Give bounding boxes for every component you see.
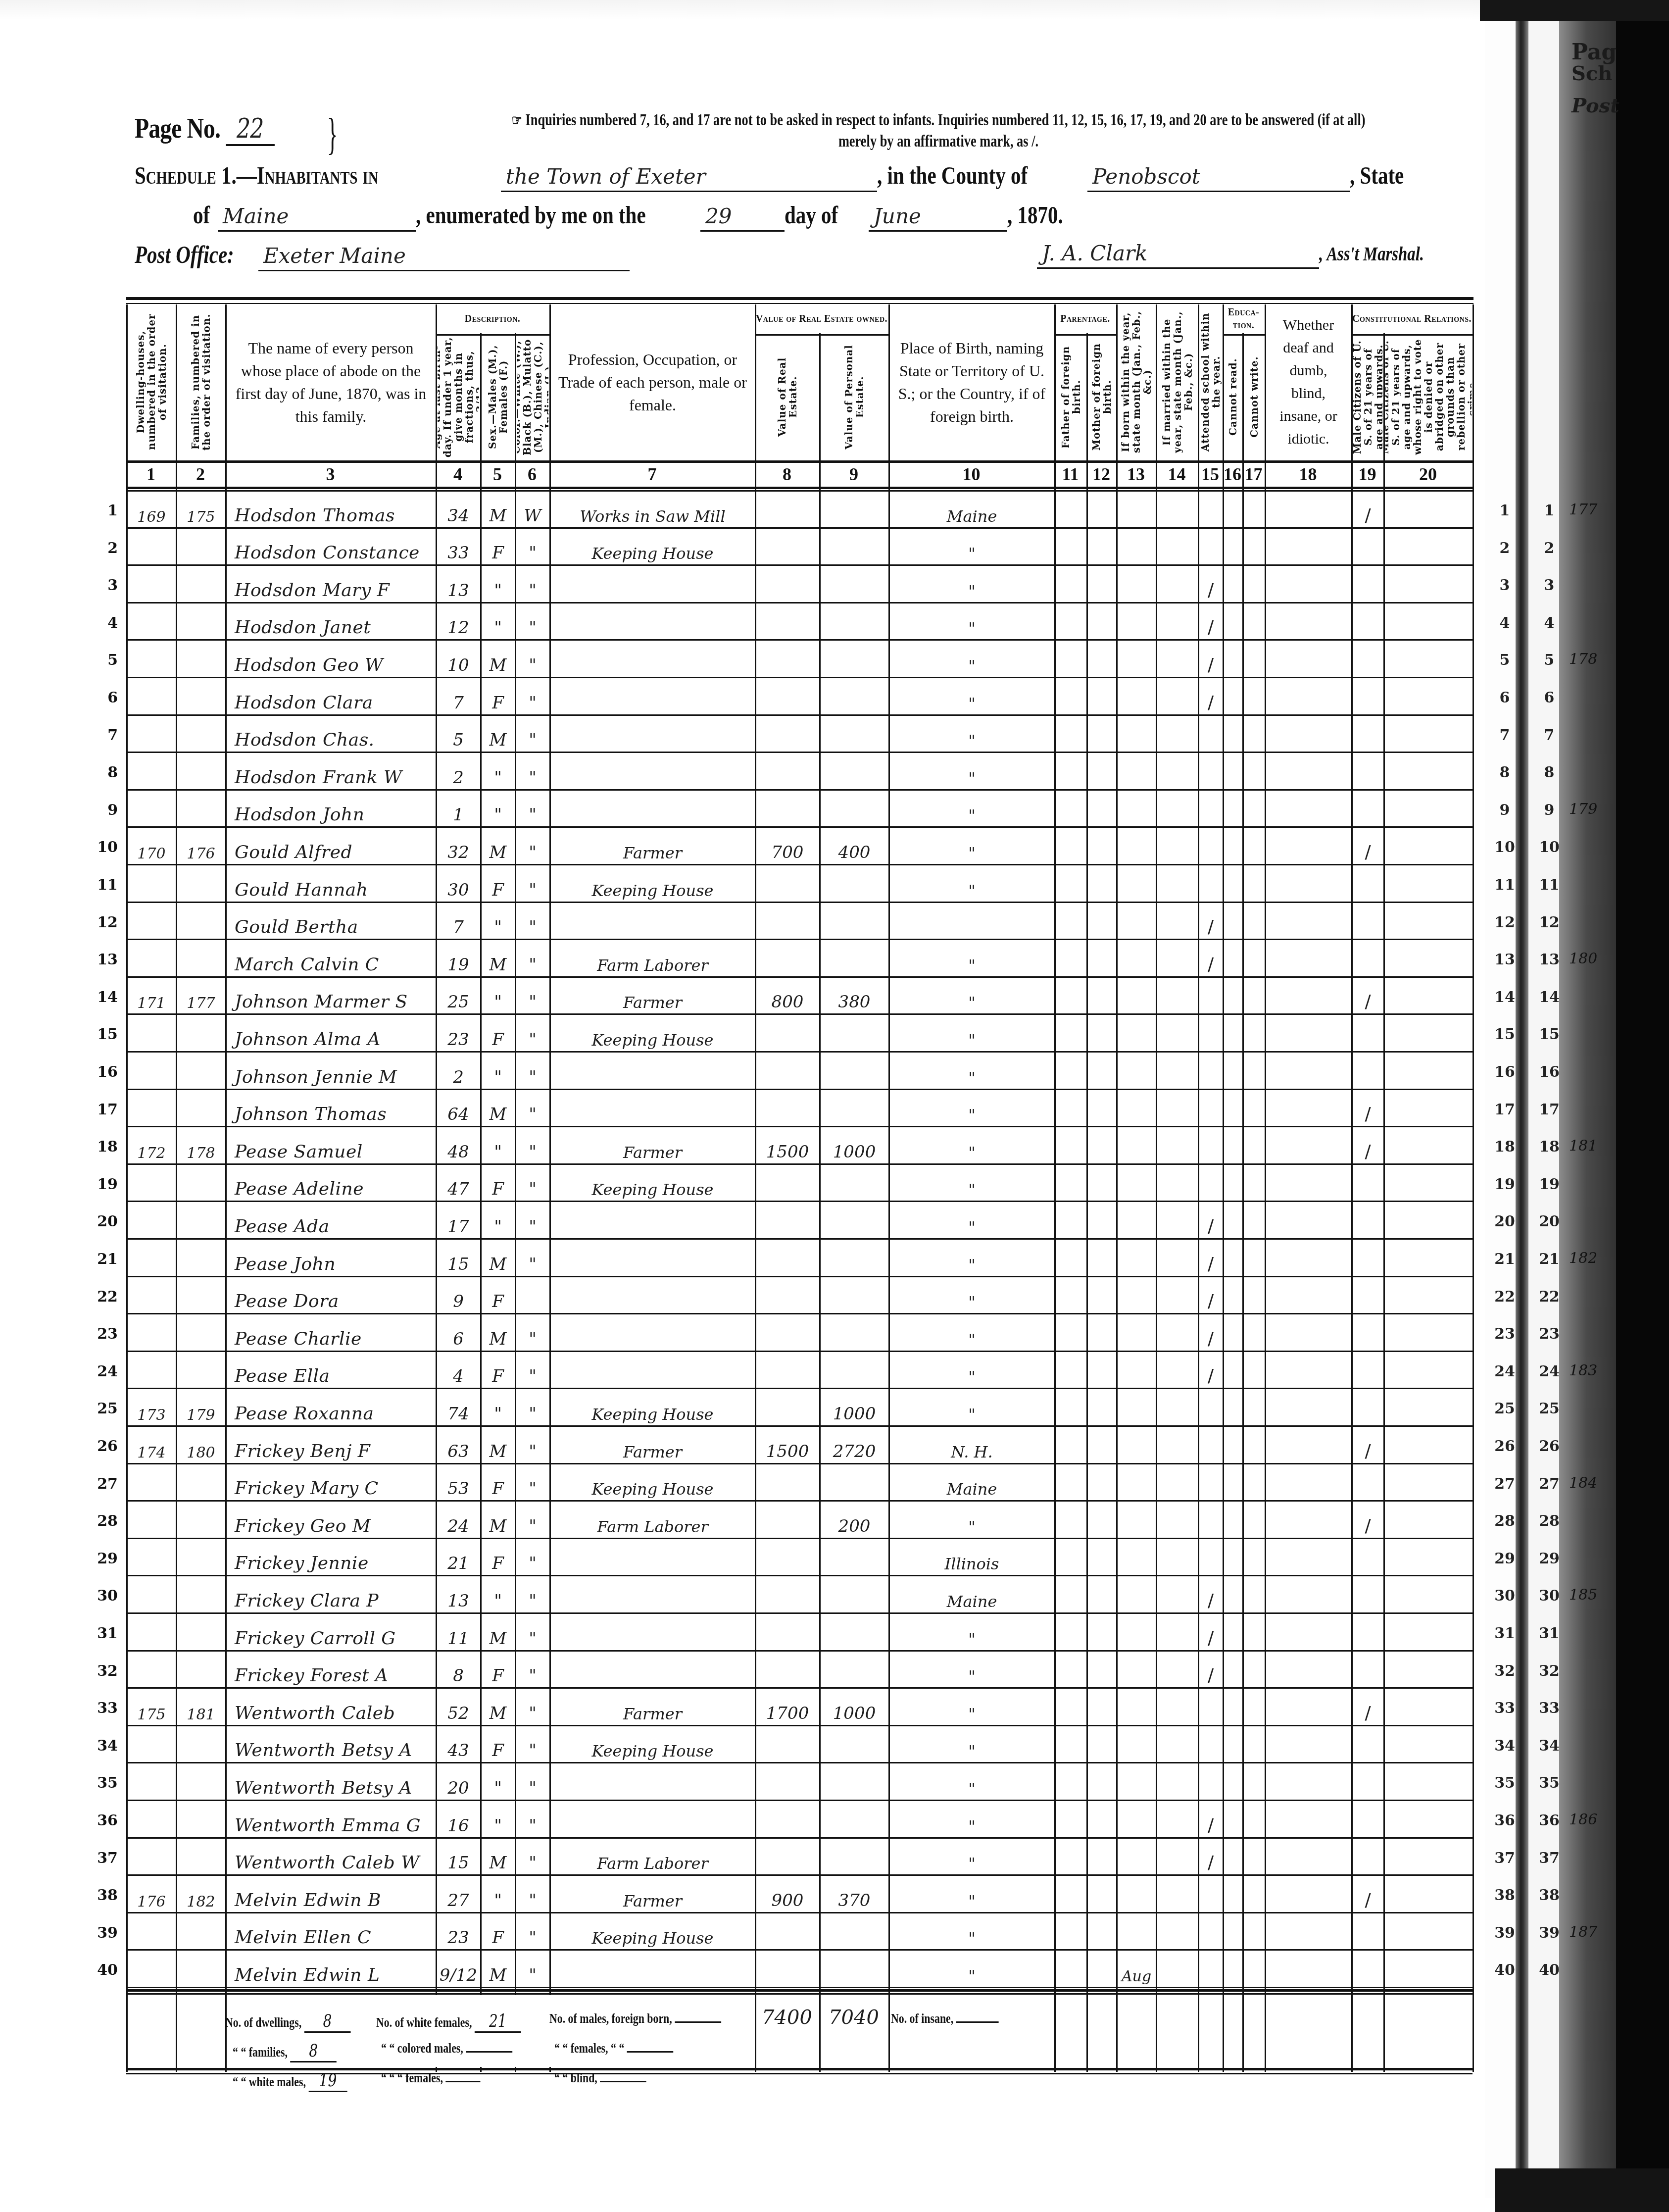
column-number-2: 2: [176, 460, 225, 488]
adjacent-dwelling-mark: 180: [1569, 950, 1597, 967]
personal-estate-value: [821, 1839, 888, 1876]
footer-dwellings-value: 8: [304, 2011, 351, 2033]
age: 7: [437, 903, 480, 941]
color: ": [516, 678, 549, 716]
occupation: [551, 903, 754, 941]
numbers-rule: [126, 487, 1473, 489]
color: ": [516, 1015, 549, 1053]
color: ": [516, 1053, 549, 1090]
color: ": [516, 903, 549, 941]
adjacent-line-number: 30: [1534, 1587, 1564, 1605]
table-row: Wentworth Betsy A20""": [126, 1763, 1473, 1801]
adjacent-line-number: 4: [1534, 614, 1564, 632]
family-number: [177, 1165, 225, 1203]
attended-school-mark: /: [1199, 1576, 1222, 1614]
family-number: [177, 1277, 225, 1315]
citizen-mark: [1353, 1202, 1383, 1240]
attended-school-mark: [1199, 978, 1222, 1015]
adjacent-line-number: 33: [1534, 1700, 1564, 1717]
dwelling-number: [128, 641, 175, 678]
footer-blind-value: [600, 2081, 646, 2082]
person-name: Pease Ada: [227, 1202, 435, 1240]
color: W: [516, 491, 549, 529]
group-rule: [755, 334, 888, 336]
dwelling-number: [128, 1240, 175, 1277]
line-number: 8: [83, 764, 118, 781]
birthplace: ": [890, 1202, 1054, 1240]
attended-school-mark: /: [1199, 1314, 1222, 1352]
adjacent-line-number: 39: [1534, 1924, 1564, 1942]
born-within-year: [1118, 678, 1155, 716]
attended-school-mark: [1199, 1951, 1222, 1988]
occupation: [551, 603, 754, 641]
column-header-19: Male Citizens of U. S. of 21 years of ag…: [1353, 337, 1382, 457]
age: 64: [437, 1090, 480, 1128]
dwelling-number: [128, 865, 175, 903]
adjacent-dwelling-mark: 184: [1569, 1474, 1597, 1492]
strip-line-number: 28: [1490, 1512, 1520, 1530]
adjacent-line-number: 21: [1534, 1251, 1564, 1268]
age: 48: [437, 1127, 480, 1165]
citizen-mark: [1353, 1763, 1383, 1801]
table-row: 170176Gould Alfred32M"Farmer700400"/: [126, 828, 1473, 865]
born-within-year: [1118, 1576, 1155, 1614]
strip-line-number: 37: [1490, 1850, 1520, 1867]
dwelling-number: 173: [128, 1389, 175, 1427]
birthplace: ": [890, 1502, 1054, 1539]
age: 32: [437, 828, 480, 865]
dwelling-number: [128, 1801, 175, 1839]
occupation: Farmer: [551, 978, 754, 1015]
personal-estate-value: 1000: [821, 1689, 888, 1726]
born-within-year: [1118, 1614, 1155, 1652]
footer-families-value: 8: [290, 2041, 337, 2062]
strip-line-number: 22: [1490, 1288, 1520, 1306]
sex: F: [482, 1165, 514, 1203]
born-within-year: [1118, 865, 1155, 903]
sex: M: [482, 1951, 514, 1988]
strip-line-number: 39: [1490, 1924, 1520, 1942]
person-name: Wentworth Caleb: [227, 1689, 435, 1726]
column-header-10: Place of Birth, naming State or Territor…: [890, 306, 1053, 457]
color: ": [516, 1090, 549, 1128]
occupation: Works in Saw Mill: [551, 491, 754, 529]
strip-line-number: 9: [1490, 802, 1520, 819]
adjacent-line-number: 40: [1534, 1961, 1564, 1979]
real-estate-value: [756, 491, 819, 529]
age: 52: [437, 1689, 480, 1726]
sex: M: [482, 1839, 514, 1876]
birthplace: Maine: [890, 1576, 1054, 1614]
line-number: 17: [83, 1101, 118, 1118]
sex: M: [482, 491, 514, 529]
real-estate-value: [756, 1614, 819, 1652]
age: 6: [437, 1314, 480, 1352]
color: ": [516, 978, 549, 1015]
column-number-6: 6: [515, 460, 549, 488]
sex: F: [482, 529, 514, 566]
person-name: Gould Hannah: [227, 865, 435, 903]
color: ": [516, 603, 549, 641]
footer-white-females-value: 21: [475, 2011, 521, 2033]
birthplace: ": [890, 1801, 1054, 1839]
family-number: 181: [177, 1689, 225, 1726]
birthplace: ": [890, 753, 1054, 791]
dwelling-number: [128, 1539, 175, 1577]
line-number: 37: [83, 1850, 118, 1867]
town-field: the Town of Exeter: [501, 163, 877, 192]
age: 2: [437, 1053, 480, 1090]
personal-estate-value: [821, 491, 888, 529]
adjacent-page-shadow: [1616, 0, 1669, 2212]
table-row: Melvin Ellen C23F"Keeping House": [126, 1913, 1473, 1951]
attended-school-mark: [1199, 491, 1222, 529]
adjacent-line-number: 17: [1534, 1101, 1564, 1118]
personal-estate-value: [821, 1090, 888, 1128]
born-within-year: [1118, 1913, 1155, 1951]
sex: ": [482, 1763, 514, 1801]
real-estate-value: 700: [756, 828, 819, 865]
occupation: Keeping House: [551, 865, 754, 903]
column-number-11: 11: [1054, 460, 1086, 488]
dwelling-number: [128, 603, 175, 641]
born-within-year: [1118, 1689, 1155, 1726]
personal-estate-value: [821, 1726, 888, 1764]
age: 13: [437, 566, 480, 603]
adjacent-line-number: 29: [1534, 1550, 1564, 1567]
born-within-year: [1118, 978, 1155, 1015]
age: 15: [437, 1240, 480, 1277]
adjacent-page-label: Pag: [1571, 40, 1617, 65]
family-number: [177, 1314, 225, 1352]
birthplace: ": [890, 978, 1054, 1015]
line-number: 20: [83, 1213, 118, 1230]
person-name: March Calvin C: [227, 940, 435, 978]
table-row: Hodsdon Clara7F""/: [126, 678, 1473, 716]
citizen-mark: [1353, 1464, 1383, 1502]
personal-estate-value: [821, 1763, 888, 1801]
age: 10: [437, 641, 480, 678]
age: 12: [437, 603, 480, 641]
adjacent-line-number: 34: [1534, 1737, 1564, 1755]
strip-line-number: 27: [1490, 1475, 1520, 1493]
real-estate-value: [756, 566, 819, 603]
table-row: 171177Johnson Marmer S25""Farmer800380"/: [126, 978, 1473, 1015]
citizen-mark: [1353, 603, 1383, 641]
born-within-year: [1118, 1314, 1155, 1352]
strip-line-number: 11: [1490, 876, 1520, 894]
birthplace: ": [890, 1165, 1054, 1203]
citizen-mark: [1353, 1913, 1383, 1951]
table-row: Frickey Carroll G11M""/: [126, 1614, 1473, 1652]
attended-school-mark: /: [1199, 1652, 1222, 1689]
personal-estate-value: [821, 716, 888, 754]
attended-school-mark: [1199, 1427, 1222, 1464]
dwelling-number: [128, 1352, 175, 1390]
state-field: Maine: [218, 203, 416, 232]
personal-estate-value: [821, 1015, 888, 1053]
born-within-year: [1118, 1726, 1155, 1764]
footer-insane: No. of insane,: [891, 2011, 998, 2027]
birthplace: ": [890, 1726, 1054, 1764]
dwelling-number: [128, 1090, 175, 1128]
attended-school-mark: /: [1199, 940, 1222, 978]
born-within-year: [1118, 1127, 1155, 1165]
citizen-mark: /: [1353, 1876, 1383, 1913]
table-row: 173179Pease Roxanna74""Keeping House1000…: [126, 1389, 1473, 1427]
occupation: Farmer: [551, 828, 754, 865]
person-name: Frickey Carroll G: [227, 1614, 435, 1652]
sex: ": [482, 566, 514, 603]
citizen-mark: /: [1353, 828, 1383, 865]
person-name: Melvin Edwin L: [227, 1951, 435, 1988]
line-number: 3: [83, 577, 118, 594]
birthplace: ": [890, 1913, 1054, 1951]
line-number: 35: [83, 1774, 118, 1792]
citizen-mark: /: [1353, 491, 1383, 529]
column-header-5: Sex.—Males (M.), Females (F.): [482, 337, 514, 457]
strip-line-number: 23: [1490, 1325, 1520, 1343]
real-estate-value: [756, 1352, 819, 1390]
personal-estate-value: [821, 1464, 888, 1502]
table-row: Pease John15M""/: [126, 1240, 1473, 1277]
person-name: Hodsdon Constance: [227, 529, 435, 566]
attended-school-mark: /: [1199, 678, 1222, 716]
person-name: Pease Ella: [227, 1352, 435, 1390]
citizen-mark: [1353, 1240, 1383, 1277]
age: 17: [437, 1202, 480, 1240]
dwelling-number: [128, 1053, 175, 1090]
age: 24: [437, 1502, 480, 1539]
color: ": [516, 1539, 549, 1577]
personal-estate-value: [821, 903, 888, 941]
column-number-12: 12: [1086, 460, 1116, 488]
sex: M: [482, 1240, 514, 1277]
born-within-year: [1118, 491, 1155, 529]
table-row: Pease Dora9F"/: [126, 1277, 1473, 1315]
real-estate-value: [756, 1652, 819, 1689]
column-header-1: Dwelling-houses, numbered in the order o…: [128, 306, 175, 457]
real-estate-value: [756, 641, 819, 678]
family-number: [177, 603, 225, 641]
sex: F: [482, 865, 514, 903]
table-row: Johnson Jennie M2""": [126, 1053, 1473, 1090]
sex: M: [482, 1502, 514, 1539]
citizen-mark: [1353, 940, 1383, 978]
person-name: Johnson Jennie M: [227, 1053, 435, 1090]
color: ": [516, 1876, 549, 1913]
real-estate-value: [756, 1502, 819, 1539]
scan-top-bar: [1480, 0, 1669, 21]
occupation: [551, 1053, 754, 1090]
real-estate-value: [756, 1839, 819, 1876]
table-row: Frickey Clara P13""Maine/: [126, 1576, 1473, 1614]
dwelling-number: [128, 940, 175, 978]
adjacent-line-number: 15: [1534, 1026, 1564, 1043]
born-within-year: [1118, 753, 1155, 791]
real-estate-value: [756, 1726, 819, 1764]
color: ": [516, 1314, 549, 1352]
occupation: [551, 716, 754, 754]
personal-estate-value: [821, 1277, 888, 1315]
attended-school-mark: /: [1199, 603, 1222, 641]
footer-families-label: “ “ families,: [233, 2045, 288, 2060]
day-field: 29: [700, 203, 785, 232]
adjacent-line-number: 16: [1534, 1063, 1564, 1081]
age: 13: [437, 1576, 480, 1614]
adjacent-line-number: 24: [1534, 1363, 1564, 1380]
dwelling-number: 174: [128, 1427, 175, 1464]
personal-estate-value: [821, 678, 888, 716]
person-name: Wentworth Emma G: [227, 1801, 435, 1839]
born-within-year: [1118, 828, 1155, 865]
family-number: [177, 1576, 225, 1614]
strip-line-number: 18: [1490, 1138, 1520, 1156]
born-within-year: [1118, 1053, 1155, 1090]
person-name: Hodsdon Mary F: [227, 566, 435, 603]
sex: ": [482, 978, 514, 1015]
attended-school-mark: [1199, 1053, 1222, 1090]
sex: M: [482, 1427, 514, 1464]
family-number: [177, 678, 225, 716]
age: 8: [437, 1652, 480, 1689]
occupation: [551, 791, 754, 828]
adjacent-line-number: 31: [1534, 1625, 1564, 1642]
column-number-16: 16: [1223, 460, 1242, 488]
line-number: 11: [83, 876, 118, 894]
sex: ": [482, 1127, 514, 1165]
footer-colored-females-value: [445, 2081, 480, 2082]
table-row: Hodsdon Constance33F"Keeping House": [126, 529, 1473, 566]
occupation: [551, 1801, 754, 1839]
line-number: 29: [83, 1550, 118, 1567]
parentage-group: Parentage.: [1054, 304, 1116, 333]
age: 53: [437, 1464, 480, 1502]
group-rule: [1054, 334, 1116, 336]
attended-school-mark: [1199, 865, 1222, 903]
line-number: 22: [83, 1288, 118, 1306]
description-group: Description.: [436, 304, 549, 333]
age: 27: [437, 1876, 480, 1913]
person-name: Pease Roxanna: [227, 1389, 435, 1427]
birthplace: ": [890, 529, 1054, 566]
group-rule: [1223, 334, 1265, 336]
column-number-17: 17: [1242, 460, 1265, 488]
footer-insane-area: [890, 1995, 1054, 2067]
post-office-field: Exeter Maine: [258, 243, 630, 271]
person-name: Hodsdon Chas.: [227, 716, 435, 754]
adjacent-line-number: 22: [1534, 1288, 1564, 1306]
occupation: [551, 1614, 754, 1652]
family-number: 182: [177, 1876, 225, 1913]
column-number-8: 8: [755, 460, 819, 488]
table-row: Pease Ella4F""/: [126, 1352, 1473, 1390]
sex: F: [482, 1277, 514, 1315]
sex: ": [482, 603, 514, 641]
table-row: Frickey Jennie21F"Illinois: [126, 1539, 1473, 1577]
birthplace: ": [890, 1876, 1054, 1913]
strip-line-number: 2: [1490, 540, 1520, 557]
real-estate-value: [756, 1539, 819, 1577]
attended-school-mark: [1199, 1015, 1222, 1053]
birthplace: ": [890, 828, 1054, 865]
color: ": [516, 940, 549, 978]
dwelling-number: [128, 1763, 175, 1801]
color: ": [516, 1689, 549, 1726]
citizen-mark: [1353, 1277, 1383, 1315]
citizen-mark: [1353, 1389, 1383, 1427]
adjacent-line-number: 1: [1534, 502, 1564, 519]
strip-line-number: 31: [1490, 1625, 1520, 1642]
born-within-year: [1118, 716, 1155, 754]
real-estate-value: [756, 1015, 819, 1053]
citizen-mark: [1353, 1839, 1383, 1876]
dwelling-number: [128, 1576, 175, 1614]
strip-line-number: 8: [1490, 764, 1520, 781]
occupation: [551, 1314, 754, 1352]
table-row: Hodsdon Mary F13"""/: [126, 566, 1473, 603]
sex: F: [482, 1726, 514, 1764]
line-number: 23: [83, 1325, 118, 1343]
line-number: 6: [83, 689, 118, 706]
born-within-year: [1118, 1763, 1155, 1801]
age: 47: [437, 1165, 480, 1203]
dwelling-number: [128, 1839, 175, 1876]
age: 21: [437, 1539, 480, 1577]
schedule-label: Schedule 1.—Inhabitants in: [135, 161, 435, 190]
attended-school-mark: [1199, 1689, 1222, 1726]
table-row: Hodsdon Chas.5M"": [126, 716, 1473, 754]
birthplace: ": [890, 678, 1054, 716]
family-number: [177, 1951, 225, 1988]
age: 16: [437, 1801, 480, 1839]
adjacent-line-number: 3: [1534, 577, 1564, 594]
person-name: Frickey Jennie: [227, 1539, 435, 1577]
person-name: Pease Dora: [227, 1277, 435, 1315]
footer-blind-label: “ “ blind,: [554, 2070, 597, 2086]
person-name: Melvin Ellen C: [227, 1913, 435, 1951]
footer-males-foreign-label: No. of males, foreign born,: [549, 2011, 672, 2026]
strip-line-number: 26: [1490, 1438, 1520, 1455]
real-estate-value: [756, 1763, 819, 1801]
born-within-year: [1118, 529, 1155, 566]
age: 34: [437, 491, 480, 529]
born-within-year: [1118, 1277, 1155, 1315]
citizen-mark: [1353, 678, 1383, 716]
header-rule: [126, 460, 1473, 463]
table-row: Hodsdon Frank W2""": [126, 753, 1473, 791]
real-estate-value: [756, 1165, 819, 1203]
dwelling-number: [128, 1277, 175, 1315]
footer-insane-label: No. of insane,: [891, 2011, 953, 2026]
personal-estate-value: [821, 753, 888, 791]
dwelling-number: [128, 678, 175, 716]
line-number: 32: [83, 1662, 118, 1680]
strip-line-number: 1: [1490, 502, 1520, 519]
strip-line-number: 32: [1490, 1662, 1520, 1680]
family-number: [177, 865, 225, 903]
attended-school-mark: [1199, 1502, 1222, 1539]
sex: F: [482, 1652, 514, 1689]
born-within-year: [1118, 566, 1155, 603]
adjacent-dwelling-mark: 181: [1569, 1137, 1597, 1155]
line-number: 5: [83, 652, 118, 669]
real-estate-value: [756, 1053, 819, 1090]
attended-school-mark: [1199, 828, 1222, 865]
color: ": [516, 1576, 549, 1614]
sex: F: [482, 1352, 514, 1390]
line-number: 25: [83, 1400, 118, 1417]
